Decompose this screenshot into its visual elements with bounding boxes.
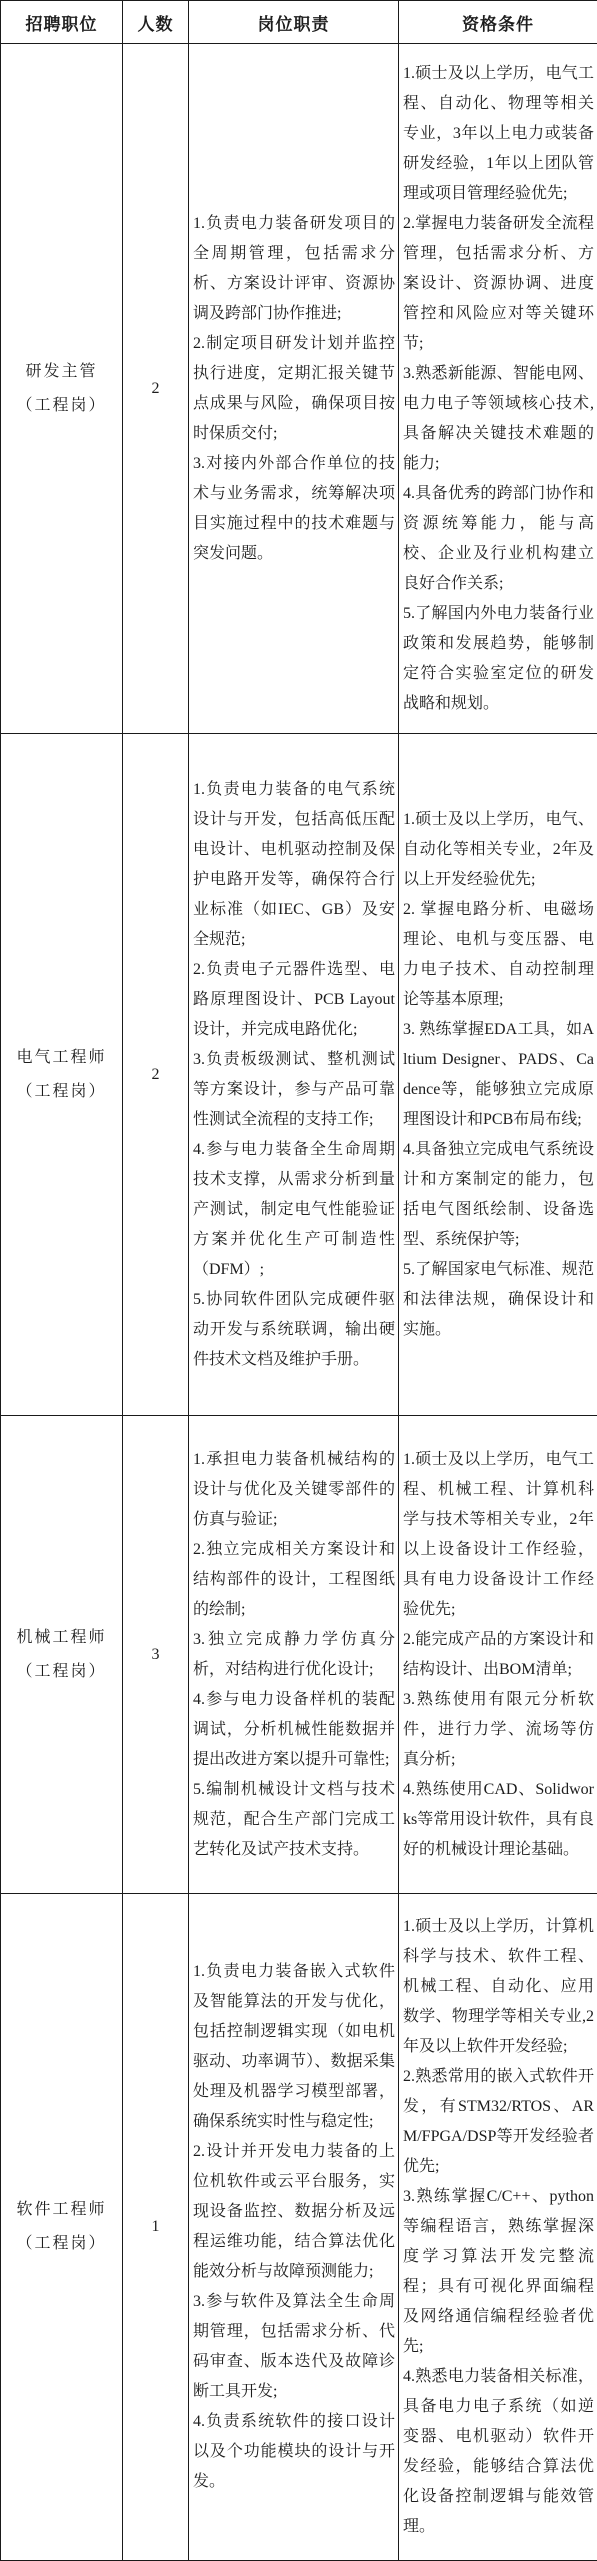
position-line: （工程岗）	[3, 2227, 120, 2261]
position-line: （工程岗）	[3, 1655, 120, 1689]
header-position: 招聘职位	[1, 1, 123, 44]
qualifications-cell: 1.硕士及以上学历，电气工程、机械工程、计算机科学与技术等相关专业，2年以上设备…	[399, 1416, 597, 1894]
header-duties: 岗位职责	[189, 1, 399, 44]
header-row: 招聘职位 人数 岗位职责 资格条件	[1, 1, 597, 44]
qualification-item: 1.硕士及以上学历，计算机科学与技术、软件工程、机械工程、自动化、应用数学、物理…	[403, 1912, 594, 2062]
position-cell: 电气工程师（工程岗）	[1, 734, 123, 1416]
duty-item: 3.独立完成静力学仿真分析，对结构进行优化设计;	[193, 1625, 395, 1685]
qualification-item: 3.熟练使用有限元分析软件，进行力学、流场等仿真分析;	[403, 1685, 594, 1775]
position-cell: 研发主管（工程岗）	[1, 44, 123, 734]
qualification-item: 4.熟悉电力装备相关标准，具备电力电子系统（如逆变器、电机驱动）软件开发经验，能…	[403, 2362, 594, 2542]
duties-cell: 1.承担电力装备机械结构的设计与优化及关键零部件的仿真与验证;2.独立完成相关方…	[189, 1416, 399, 1894]
duty-item: 2.制定项目研发计划并监控执行进度，定期汇报关键节点成果与风险，确保项目按时保质…	[193, 329, 395, 449]
qualification-item: 2.能完成产品的方案设计和结构设计、出BOM清单;	[403, 1625, 594, 1685]
position-cell: 软件工程师（工程岗）	[1, 1894, 123, 2561]
position-cell: 机械工程师（工程岗）	[1, 1416, 123, 1894]
duty-item: 2.设计并开发电力装备的上位机软件或云平台服务，实现设备监控、数据分析及远程运维…	[193, 2137, 395, 2287]
duty-item: 5.编制机械设计文档与技术规范，配合生产部门完成工艺转化及试产技术支持。	[193, 1775, 395, 1865]
duty-item: 4.参与电力设备样机的装配调试，分析机械性能数据并提出改进方案以提升可靠性;	[193, 1685, 395, 1775]
qualifications-cell: 1.硕士及以上学历，计算机科学与技术、软件工程、机械工程、自动化、应用数学、物理…	[399, 1894, 597, 2561]
duties-cell: 1.负责电力装备的电气系统设计与开发，包括高低压配电设计、电机驱动控制及保护电路…	[189, 734, 399, 1416]
position-line: 电气工程师	[3, 1041, 120, 1075]
count-cell: 1	[123, 1894, 189, 2561]
duties-cell: 1.负责电力装备嵌入式软件及智能算法的开发与优化，包括控制逻辑实现（如电机驱动、…	[189, 1894, 399, 2561]
duty-item: 1.承担电力装备机械结构的设计与优化及关键零部件的仿真与验证;	[193, 1445, 395, 1535]
qualification-item: 2.熟悉常用的嵌入式软件开发，有STM32/RTOS、ARM/FPGA/DSP等…	[403, 2062, 594, 2182]
qualification-item: 1.硕士及以上学历，电气工程、自动化、物理等相关专业，3年以上电力或装备研发经验…	[403, 59, 594, 209]
position-line: 软件工程师	[3, 2193, 120, 2227]
recruitment-table: 招聘职位 人数 岗位职责 资格条件 研发主管（工程岗）21.负责电力装备研发项目…	[0, 0, 597, 2561]
duty-item: 4.负责系统软件的接口设计以及个功能模块的设计与开发。	[193, 2407, 395, 2497]
qualification-item: 4.具备优秀的跨部门协作和资源统筹能力，能与高校、企业及行业机构建立良好合作关系…	[403, 479, 594, 599]
qualification-item: 2. 掌握电路分析、电磁场理论、电机与变压器、电力电子技术、自动控制理论等基本原…	[403, 895, 594, 1015]
qualification-item: 1.硕士及以上学历，电气、自动化等相关专业，2年及以上开发经验优先;	[403, 805, 594, 895]
table-row: 研发主管（工程岗）21.负责电力装备研发项目的全周期管理，包括需求分析、方案设计…	[1, 44, 597, 734]
position-line: （工程岗）	[3, 389, 120, 423]
header-qualifications: 资格条件	[399, 1, 597, 44]
position-line: 机械工程师	[3, 1621, 120, 1655]
qualification-item: 4.具备独立完成电气系统设计和方案制定的能力，包括电气图纸绘制、设备选型、系统保…	[403, 1135, 594, 1255]
duty-item: 3.参与软件及算法全生命周期管理，包括需求分析、代码审查、版本迭代及故障诊断工具…	[193, 2287, 395, 2407]
duty-item: 2.独立完成相关方案设计和结构部件的设计，工程图纸的绘制;	[193, 1535, 395, 1625]
duty-item: 4.参与电力装备全生命周期技术支撑，从需求分析到量产测试，制定电气性能验证方案并…	[193, 1135, 395, 1285]
qualification-item: 1.硕士及以上学历，电气工程、机械工程、计算机科学与技术等相关专业，2年以上设备…	[403, 1445, 594, 1625]
duty-item: 3.负责板级测试、整机测试等方案设计，参与产品可靠性测试全流程的支持工作;	[193, 1045, 395, 1135]
qualification-item: 3. 熟练掌握EDA工具，如Altium Designer、PADS、Caden…	[403, 1015, 594, 1135]
duty-item: 1.负责电力装备的电气系统设计与开发，包括高低压配电设计、电机驱动控制及保护电路…	[193, 775, 395, 955]
qualification-item: 5.了解国内外电力装备行业政策和发展趋势，能够制定符合实验室定位的研发战略和规划…	[403, 599, 594, 719]
qualification-item: 3.熟悉新能源、智能电网、电力电子等领域核心技术,具备解决关键技术难题的能力;	[403, 359, 594, 479]
qualifications-cell: 1.硕士及以上学历，电气、自动化等相关专业，2年及以上开发经验优先;2. 掌握电…	[399, 734, 597, 1416]
position-line: 研发主管	[3, 355, 120, 389]
qualification-item: 2.掌握电力装备研发全流程管理，包括需求分析、方案设计、资源协调、进度管控和风险…	[403, 209, 594, 359]
duty-item: 3.对接内外部合作单位的技术与业务需求，统筹解决项目实施过程中的技术难题与突发问…	[193, 449, 395, 569]
table-body: 研发主管（工程岗）21.负责电力装备研发项目的全周期管理，包括需求分析、方案设计…	[1, 44, 597, 2561]
table-row: 机械工程师（工程岗）31.承担电力装备机械结构的设计与优化及关键零部件的仿真与验…	[1, 1416, 597, 1894]
count-cell: 2	[123, 44, 189, 734]
qualification-item: 3.熟练掌握C/C++、python等编程语言，熟练掌握深度学习算法开发完整流程…	[403, 2182, 594, 2362]
qualification-item: 4.熟练使用CAD、Solidworks等常用设计软件，具有良好的机械设计理论基…	[403, 1775, 594, 1865]
duty-item: 2.负责电子元器件选型、电路原理图设计、PCB Layout设计，并完成电路优化…	[193, 955, 395, 1045]
duties-cell: 1.负责电力装备研发项目的全周期管理，包括需求分析、方案设计评审、资源协调及跨部…	[189, 44, 399, 734]
qualification-item: 5.了解国家电气标准、规范和法律法规，确保设计和实施。	[403, 1255, 594, 1345]
duty-item: 1.负责电力装备研发项目的全周期管理，包括需求分析、方案设计评审、资源协调及跨部…	[193, 209, 395, 329]
table-row: 软件工程师（工程岗）11.负责电力装备嵌入式软件及智能算法的开发与优化，包括控制…	[1, 1894, 597, 2561]
qualifications-cell: 1.硕士及以上学历，电气工程、自动化、物理等相关专业，3年以上电力或装备研发经验…	[399, 44, 597, 734]
duty-item: 1.负责电力装备嵌入式软件及智能算法的开发与优化，包括控制逻辑实现（如电机驱动、…	[193, 1957, 395, 2137]
count-cell: 3	[123, 1416, 189, 1894]
position-line: （工程岗）	[3, 1075, 120, 1109]
table-row: 电气工程师（工程岗）21.负责电力装备的电气系统设计与开发，包括高低压配电设计、…	[1, 734, 597, 1416]
count-cell: 2	[123, 734, 189, 1416]
duty-item: 5.协同软件团队完成硬件驱动开发与系统联调，输出硬件技术文档及维护手册。	[193, 1285, 395, 1375]
header-count: 人数	[123, 1, 189, 44]
